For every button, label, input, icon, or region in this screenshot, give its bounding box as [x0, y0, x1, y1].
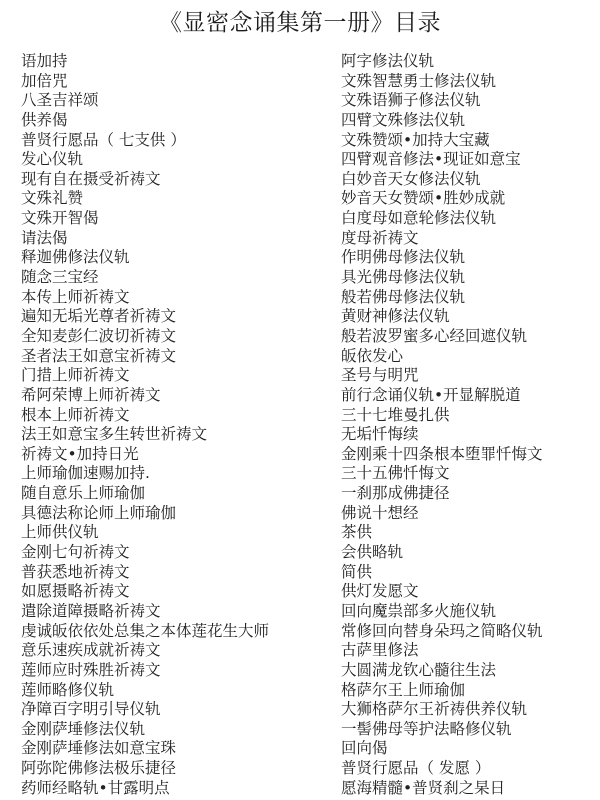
toc-item: 上师供仪轨	[21, 523, 321, 543]
toc-item: 文殊智慧勇士修法仪轨	[341, 72, 596, 92]
toc-item: 大狮格萨尔王祈祷供养仪轨	[341, 700, 596, 720]
toc-item: 格萨尔王上师瑜伽	[341, 681, 596, 701]
toc-item: 希阿荣博上师祈祷文	[21, 386, 321, 406]
toc-item: 皈依发心	[341, 347, 596, 367]
toc-item: 圣号与明咒	[341, 366, 596, 386]
toc-item: 意乐速疾成就祈祷文	[21, 641, 321, 661]
toc-item: 白度母如意轮修法仪轨	[341, 209, 596, 229]
toc-item: 随自意乐上师瑜伽	[21, 484, 321, 504]
toc-item: 普贤行愿品（ 七支供 ）	[21, 131, 321, 151]
toc-item: 回向魔祟部多火施仪轨	[341, 602, 596, 622]
toc-item: 普贤行愿品（ 发愿 ）	[341, 759, 596, 779]
toc-item: 莲师略修仪轨	[21, 681, 321, 701]
toc-item: 妙音天女赞颂•胜妙成就	[341, 189, 596, 209]
toc-item: 上师瑜伽速赐加持.	[21, 464, 321, 484]
toc-item: 祈祷文•加持日光	[21, 445, 321, 465]
toc-item: 门措上师祈祷文	[21, 366, 321, 386]
toc-item: 一髻佛母等护法略修仪轨	[341, 720, 596, 740]
toc-item: 回向偈	[341, 739, 596, 759]
toc-item: 茶供	[341, 523, 596, 543]
toc-item: 八圣吉祥颂	[21, 91, 321, 111]
toc-item: 法王如意宝多生转世祈祷文	[21, 425, 321, 445]
toc-item: 无垢忏悔续	[341, 425, 596, 445]
toc-item: 阿弥陀佛修法极乐捷径	[21, 759, 321, 779]
page-title: 《显密念诵集第一册》目录	[0, 8, 600, 38]
toc-item: 般若佛母修法仪轨	[341, 288, 596, 308]
toc-item: 供灯发愿文	[341, 582, 596, 602]
toc-right-column: 阿字修法仪轨 文殊智慧勇士修法仪轨 文殊语狮子修法仪轨 四臂文殊修法仪轨 文殊赞…	[341, 52, 596, 798]
toc-item: 三十七堆曼扎供	[341, 406, 596, 426]
toc-item: 作明佛母修法仪轨	[341, 248, 596, 268]
toc-item: 随念三宝经	[21, 268, 321, 288]
toc-item: 莲师应时殊胜祈祷文	[21, 661, 321, 681]
toc-item: 文殊开智偈	[21, 209, 321, 229]
toc-item: 净障百字明引导仪轨	[21, 700, 321, 720]
toc-item: 根本上师祈祷文	[21, 406, 321, 426]
toc-item: 黄财神修法仪轨	[341, 307, 596, 327]
toc-item: 会供略轨	[341, 543, 596, 563]
toc-item: 普获悉地祈祷文	[21, 563, 321, 583]
toc-item: 古萨里修法	[341, 641, 596, 661]
toc-item: 常修回向替身朵玛之简略仪轨	[341, 622, 596, 642]
toc-item: 发心仪轨	[21, 150, 321, 170]
toc-item: 度母祈祷文	[341, 229, 596, 249]
toc-item: 请法偈	[21, 229, 321, 249]
toc-item: 虔诚皈依依处总集之本体莲花生大师	[21, 622, 321, 642]
toc-item: 阿字修法仪轨	[341, 52, 596, 72]
toc-item: 遍知无垢光尊者祈祷文	[21, 307, 321, 327]
toc-item: 大圆满龙钦心髓往生法	[341, 661, 596, 681]
toc-item: 愿海精髓•普贤刹之杲日	[341, 779, 596, 799]
toc-item: 简供	[341, 563, 596, 583]
toc-item: 现有自在摄受祈祷文	[21, 170, 321, 190]
toc-item: 加倍咒	[21, 72, 321, 92]
toc-item: 全知麦彭仁波切祈祷文	[21, 327, 321, 347]
toc-item: 般若波罗蜜多心经回遮仪轨	[341, 327, 596, 347]
toc-item: 语加持	[21, 52, 321, 72]
toc-item: 释迦佛修法仪轨	[21, 248, 321, 268]
toc-item: 具光佛母修法仪轨	[341, 268, 596, 288]
toc-item: 前行念诵仪轨•开显解脱道	[341, 386, 596, 406]
toc-left-column: 语加持 加倍咒 八圣吉祥颂 供养偈 普贤行愿品（ 七支供 ） 发心仪轨 现有自在…	[21, 52, 321, 798]
toc-item: 供养偈	[21, 111, 321, 131]
toc-item: 文殊赞颂•加持大宝藏	[341, 131, 596, 151]
toc-item: 一刹那成佛捷径	[341, 484, 596, 504]
toc-item: 遣除道障摄略祈祷文	[21, 602, 321, 622]
toc-item: 药师经略轨•甘露明点	[21, 779, 321, 799]
toc-item: 金刚七句祈祷文	[21, 543, 321, 563]
toc-item: 四臂观音修法•现证如意宝	[341, 150, 596, 170]
toc-item: 如愿摄略祈祷文	[21, 582, 321, 602]
toc-item: 圣者法王如意宝祈祷文	[21, 347, 321, 367]
toc-item: 本传上师祈祷文	[21, 288, 321, 308]
toc-item: 白妙音天女修法仪轨	[341, 170, 596, 190]
toc-item: 四臂文殊修法仪轨	[341, 111, 596, 131]
toc-item: 文殊礼赞	[21, 189, 321, 209]
toc-item: 文殊语狮子修法仪轨	[341, 91, 596, 111]
toc-item: 金刚萨埵修法仪轨	[21, 720, 321, 740]
toc-item: 佛说十想经	[341, 504, 596, 524]
toc-item: 金刚乘十四条根本堕罪忏悔文	[341, 445, 596, 465]
toc-item: 具德法称论师上师瑜伽	[21, 504, 321, 524]
toc-item: 三十五佛忏悔文	[341, 464, 596, 484]
toc-item: 金刚萨埵修法如意宝珠	[21, 739, 321, 759]
